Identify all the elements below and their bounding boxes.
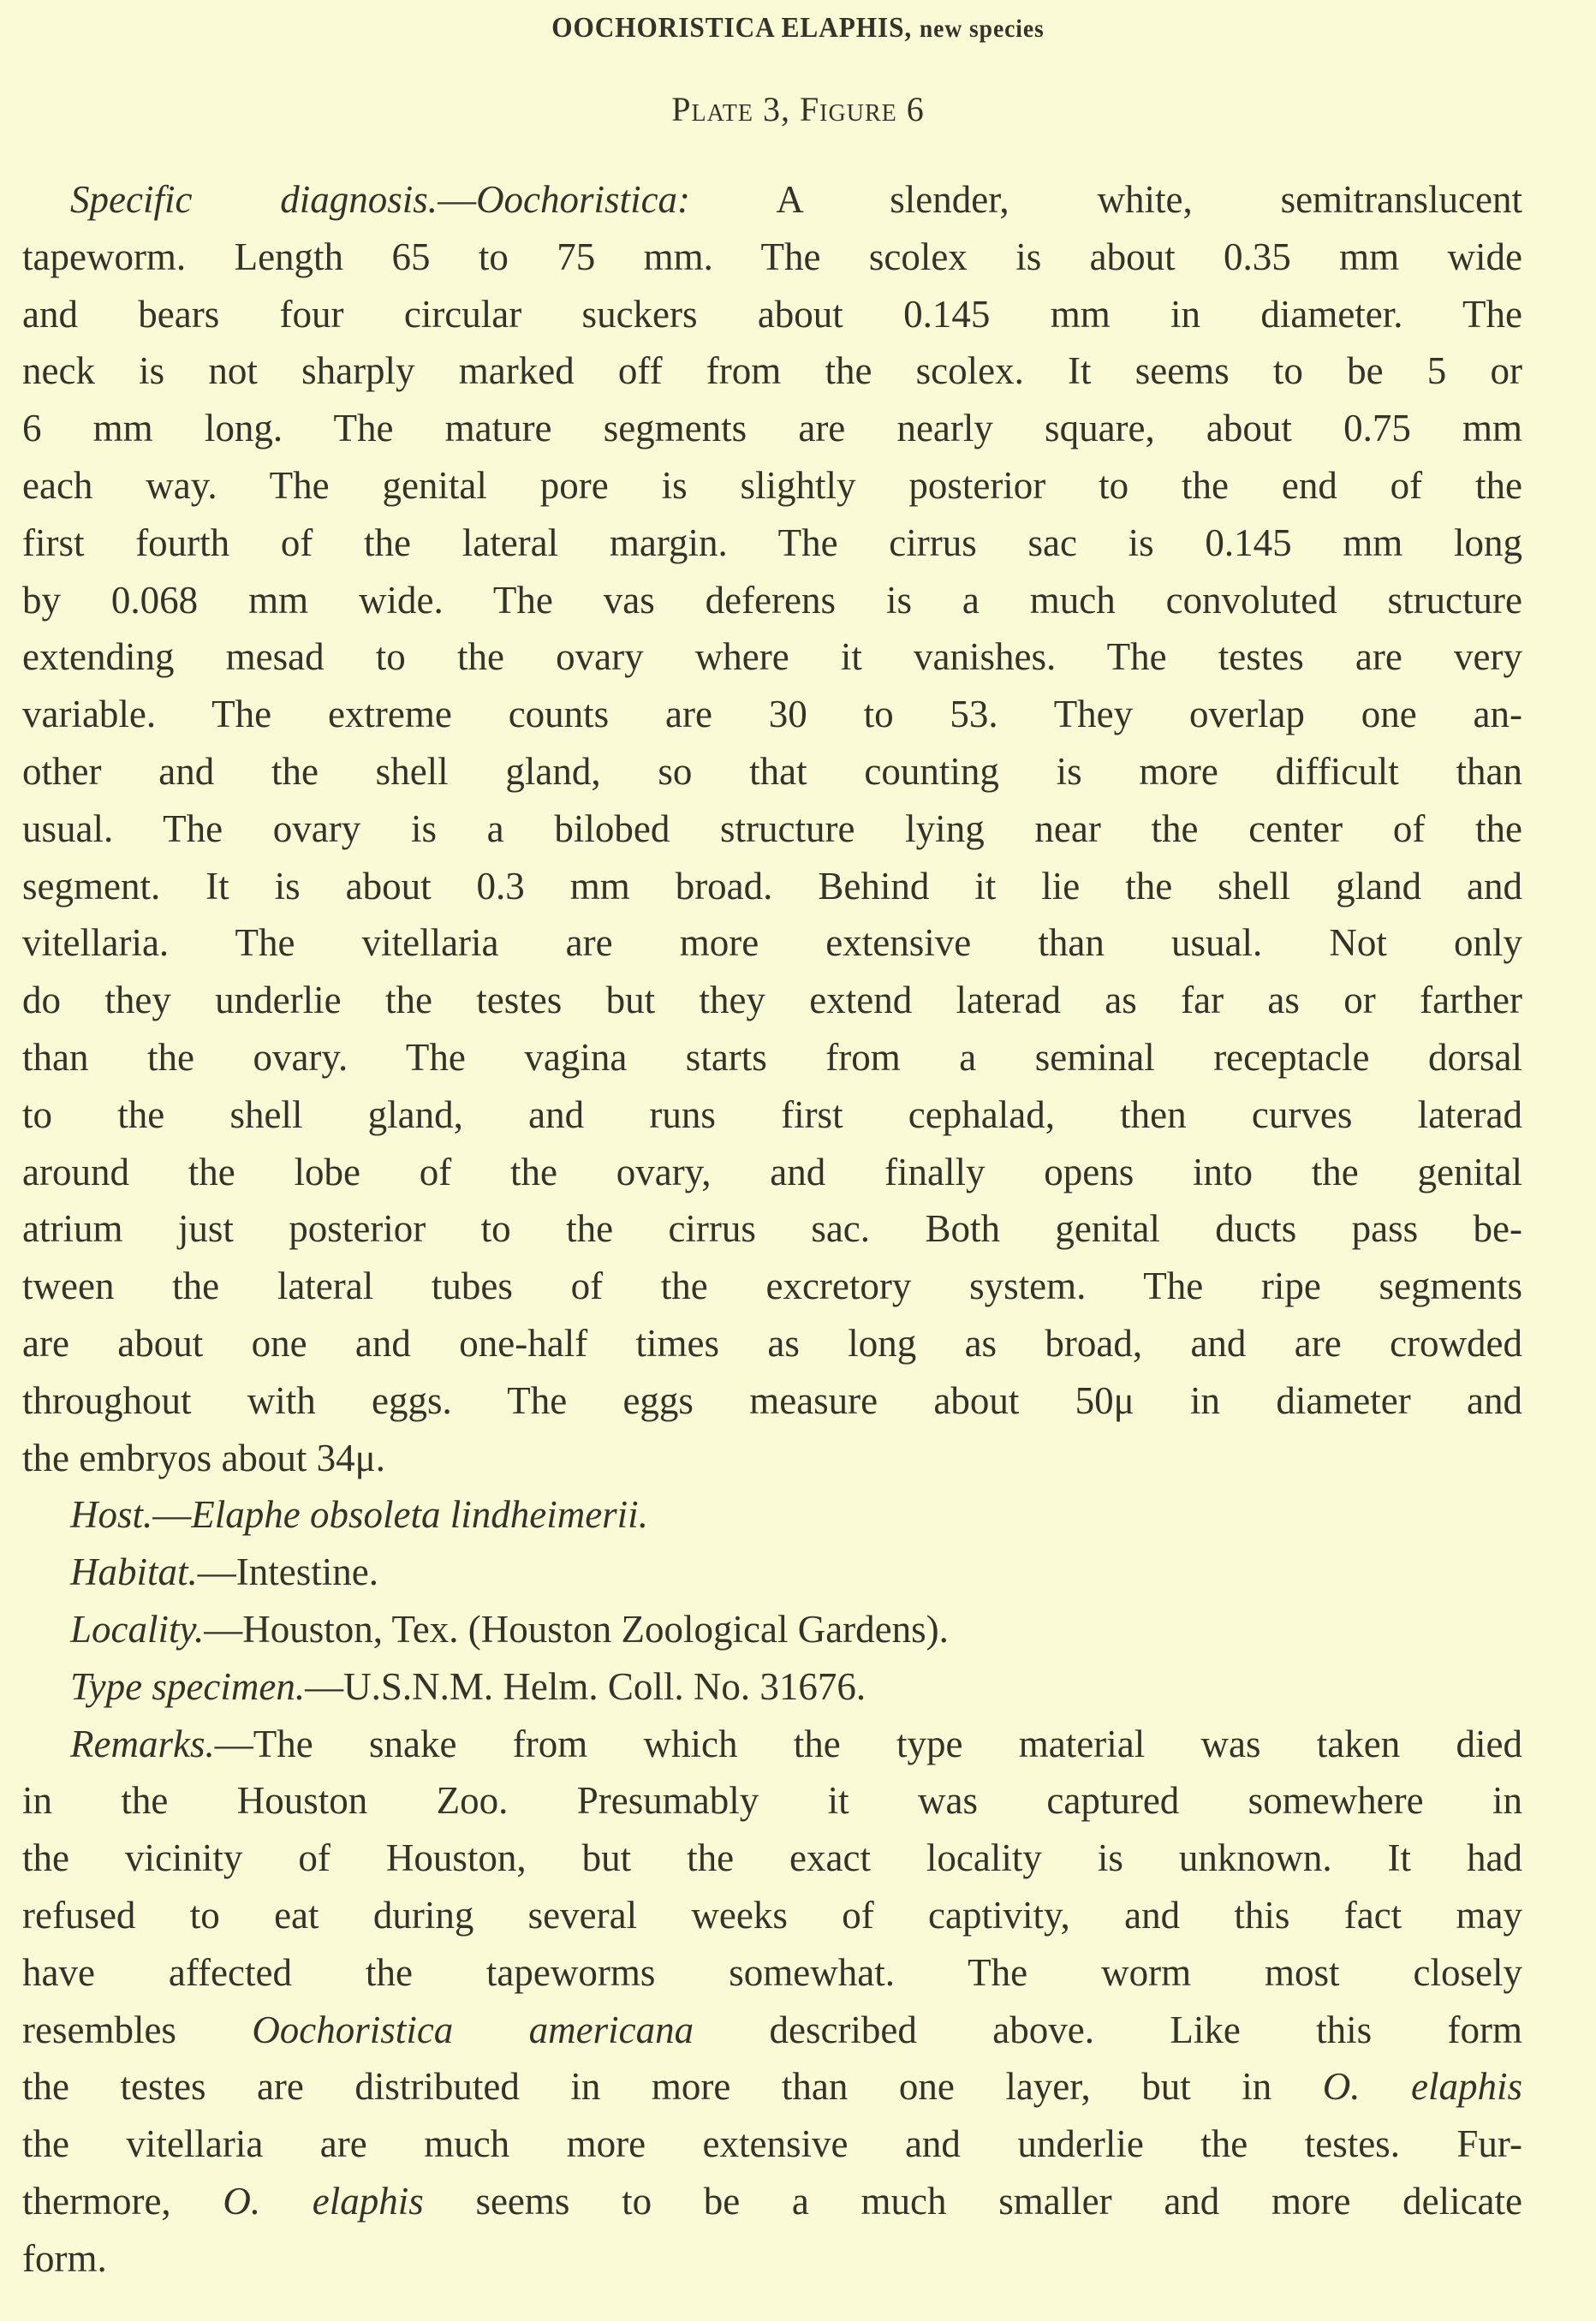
species-name: O. elaphis (1323, 2065, 1522, 2108)
diagnosis-line: variable. The extreme counts are 30 to 5… (22, 686, 1522, 743)
diagnosis-line: 6 mm long. The mature segments are nearl… (22, 400, 1522, 457)
diagnosis-line: the embryos about 34μ. (22, 1430, 1522, 1487)
diagnosis-line: other and the shell gland, so that count… (22, 743, 1522, 800)
diagnosis-line: around the lobe of the ovary, and finall… (22, 1144, 1522, 1201)
diagnosis-line: are about one and one-half times as long… (22, 1315, 1522, 1372)
plate-reference: Plate 3, Figure 6 (0, 89, 1596, 129)
diagnosis-line: usual. The ovary is a bilobed structure … (22, 800, 1522, 858)
habitat-label: Habitat. (70, 1550, 198, 1593)
diagnosis-line: extending mesad to the ovary where it va… (22, 628, 1522, 686)
diagnosis-line: each way. The genital pore is slightly p… (22, 457, 1522, 515)
diagnosis-line: neck is not sharply marked off from the … (22, 342, 1522, 400)
remarks-line: the vicinity of Houston, but the exact l… (22, 1830, 1522, 1887)
diagnosis-line: and bears four circular suckers about 0.… (22, 286, 1522, 343)
species-name: O. elaphis (223, 2180, 423, 2223)
remarks-line: in the Houston Zoo. Presumably it was ca… (22, 1772, 1522, 1830)
diagnosis-line: by 0.068 mm wide. The vas deferens is a … (22, 572, 1522, 629)
locality-value: Houston, Tex. (Houston Zoological Garden… (242, 1608, 949, 1651)
species-status: new species (920, 15, 1045, 43)
type-specimen-value: U.S.N.M. Helm. Coll. No. 31676. (343, 1665, 866, 1708)
remarks-line: form. (22, 2230, 1522, 2288)
diagnosis-line: tween the lateral tubes of the excretory… (22, 1258, 1522, 1315)
remarks-line: Remarks.—The snake from which the type m… (22, 1716, 1522, 1773)
type-specimen-entry: Type specimen.—U.S.N.M. Helm. Coll. No. … (22, 1658, 1522, 1716)
diagnosis-line: Specific diagnosis.—Oochoristica: A slen… (22, 171, 1522, 229)
description-body: Specific diagnosis.—Oochoristica: A slen… (22, 171, 1522, 2287)
host-label: Host. (70, 1493, 152, 1536)
remarks-line: the testes are distributed in more than … (22, 2058, 1522, 2116)
host-entry: Host.—Elaphe obsoleta lindheimerii. (22, 1486, 1522, 1544)
diagnosis-line: atrium just posterior to the cirrus sac.… (22, 1200, 1522, 1258)
remarks-line: have affected the tapeworms somewhat. Th… (22, 1944, 1522, 2002)
locality-label: Locality. (70, 1608, 204, 1651)
diagnosis-line: than the ovary. The vagina starts from a… (22, 1029, 1522, 1086)
species-title: OOCHORISTICA ELAPHIS, (551, 12, 912, 44)
remarks-label: Remarks. (70, 1723, 215, 1765)
habitat-entry: Habitat.—Intestine. (22, 1544, 1522, 1601)
locality-entry: Locality.—Houston, Tex. (Houston Zoologi… (22, 1601, 1522, 1658)
diagnosis-line: tapeworm. Length 65 to 75 mm. The scolex… (22, 229, 1522, 286)
diagnosis-line: first fourth of the lateral margin. The … (22, 515, 1522, 572)
genus-name: Oochoristica: (476, 178, 690, 221)
diagnosis-line: do they underlie the testes but they ext… (22, 972, 1522, 1029)
diagnosis-line: throughout with eggs. The eggs measure a… (22, 1372, 1522, 1430)
diagnosis-label: Specific diagnosis. (70, 178, 438, 221)
host-value: Elaphe obsoleta lindheimerii. (191, 1493, 648, 1536)
document-page: OOCHORISTICA ELAPHIS, new species Plate … (0, 0, 1596, 2321)
remarks-line: the vitellaria are much more extensive a… (22, 2116, 1522, 2173)
remarks-line: thermore, O. elaphis seems to be a much … (22, 2173, 1522, 2230)
diagnosis-line: to the shell gland, and runs first cepha… (22, 1086, 1522, 1144)
remarks-line: resembles Oochoristica americana describ… (22, 2002, 1522, 2059)
remarks-line: refused to eat during several weeks of c… (22, 1887, 1522, 1944)
running-head: OOCHORISTICA ELAPHIS, new species (64, 12, 1533, 45)
diagnosis-line: segment. It is about 0.3 mm broad. Behin… (22, 858, 1522, 915)
species-name: Oochoristica americana (252, 2009, 694, 2051)
diagnosis-line: vitellaria. The vitellaria are more exte… (22, 914, 1522, 972)
type-specimen-label: Type specimen. (70, 1665, 305, 1708)
habitat-value: Intestine. (236, 1550, 378, 1593)
